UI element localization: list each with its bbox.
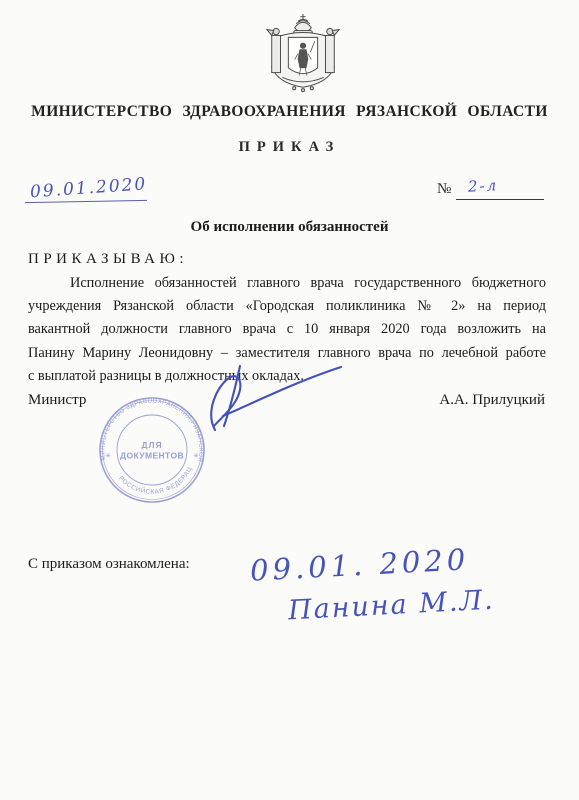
order-subject: Об исполнении обязанностей	[0, 219, 579, 236]
body-line: учреждения Рязанской области «Городская …	[28, 295, 546, 318]
acknowledgement-label: С приказом ознакомлена:	[28, 556, 190, 573]
acknowledgement-date-handwritten: 09.01. 2020	[249, 542, 470, 587]
stamp-center-line2: ДОКУМЕНТОВ	[120, 451, 184, 461]
order-number-handwritten: 2-л	[468, 176, 499, 196]
minister-signature	[193, 356, 345, 436]
scanned-order-document: { "colors": { "ink_blue": "#4753b8", "st…	[0, 0, 579, 800]
coat-of-arms-icon	[248, 12, 358, 98]
stamp-star-right: ✳	[193, 452, 199, 460]
stamp-center-line1: ДЛЯ	[141, 440, 162, 450]
number-underline	[456, 199, 544, 200]
document-type-title: ПРИКАЗ	[0, 139, 579, 156]
body-line: Исполнение обязанностей главного врача г…	[28, 272, 546, 295]
stamp-star-left: ✳	[105, 452, 111, 460]
order-verb: ПРИКАЗЫВАЮ:	[28, 251, 188, 268]
order-date-handwritten: 09.01.2020	[29, 174, 155, 203]
body-line: вакантной должности главного врача с 10 …	[28, 318, 546, 341]
acknowledgement-signature-handwritten: Панина М.Л.	[287, 585, 495, 627]
round-stamp: МИНИСТЕРСТВО ЗДРАВООХРАНЕНИЯ РЯЗАНСКОЙ О…	[97, 395, 207, 505]
ministry-title: МИНИСТЕРСТВО ЗДРАВООХРАНЕНИЯ РЯЗАНСКОЙ О…	[0, 103, 579, 121]
number-sign-label: №	[437, 181, 451, 198]
